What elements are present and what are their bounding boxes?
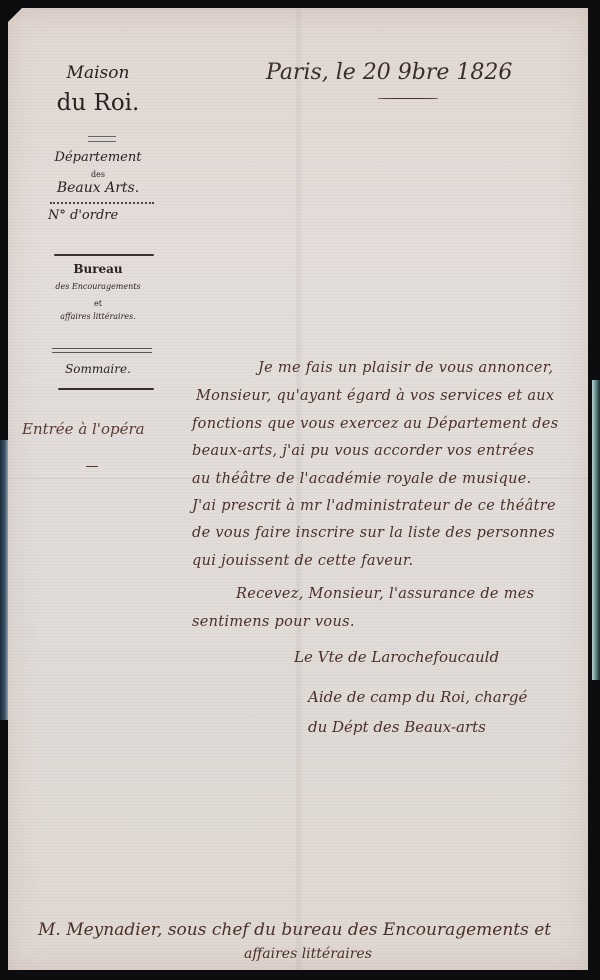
signature-title: Aide de camp du Roi, chargé <box>308 688 527 706</box>
body-line: qui jouissent de cette faveur. <box>192 553 413 569</box>
summary-dash <box>86 466 98 467</box>
letterhead-order-number: N° d'ordre <box>48 208 188 223</box>
body-line: Je me fais un plaisir de vous annoncer, <box>258 360 553 376</box>
letterhead-rule <box>54 254 154 256</box>
letterhead-double-rule <box>52 348 152 353</box>
body-line: au théâtre de l'académie royale de musiq… <box>192 471 532 487</box>
letterhead-beaux-arts: Beaux Arts. <box>28 180 168 196</box>
letterhead-dotted-rule <box>50 202 154 204</box>
body-line: beaux-arts, j'ai pu vous accorder vos en… <box>192 443 534 459</box>
signature-department: du Dépt des Beaux-arts <box>308 718 486 736</box>
letter-paper: Maison du Roi. Département des Beaux Art… <box>8 8 588 970</box>
body-line: fonctions que vous exercez au Départemen… <box>192 416 558 432</box>
date-line: Paris, le 20 9bre 1826 <box>266 60 512 85</box>
letterhead-sommaire: Sommaire. <box>28 362 168 376</box>
letterhead-du-roi: du Roi. <box>28 90 168 116</box>
addressee-line-2: affaires littéraires <box>244 946 372 962</box>
body-line: de vous faire inscrire sur la liste des … <box>192 525 555 541</box>
date-underline <box>378 98 438 99</box>
letterhead-rule-bottom <box>58 388 154 390</box>
letterhead-bureau: Bureau <box>28 262 168 276</box>
addressee-line: M. Meynadier, sous chef du bureau des En… <box>38 920 551 940</box>
body-line: Monsieur, qu'ayant égard à vos services … <box>196 388 554 404</box>
letterhead-affaires: affaires littéraires. <box>28 312 168 321</box>
letterhead-department: Département <box>28 150 168 165</box>
signature-name: Le Vte de Larochefoucauld <box>294 648 499 666</box>
letterhead-divider <box>88 136 116 142</box>
letterhead-et: et <box>28 299 168 308</box>
summary-note: Entrée à l'opéra <box>22 420 145 438</box>
body-line: sentimens pour vous. <box>192 614 355 630</box>
letterhead-maison: Maison <box>28 63 168 83</box>
body-line: Recevez, Monsieur, l'assurance de mes <box>236 586 534 602</box>
letterhead-encouragements: des Encouragements <box>28 282 168 291</box>
letterhead-des: des <box>28 170 168 179</box>
right-edge-strip <box>592 380 600 680</box>
body-line: J'ai prescrit à mr l'administrateur de c… <box>192 498 556 514</box>
